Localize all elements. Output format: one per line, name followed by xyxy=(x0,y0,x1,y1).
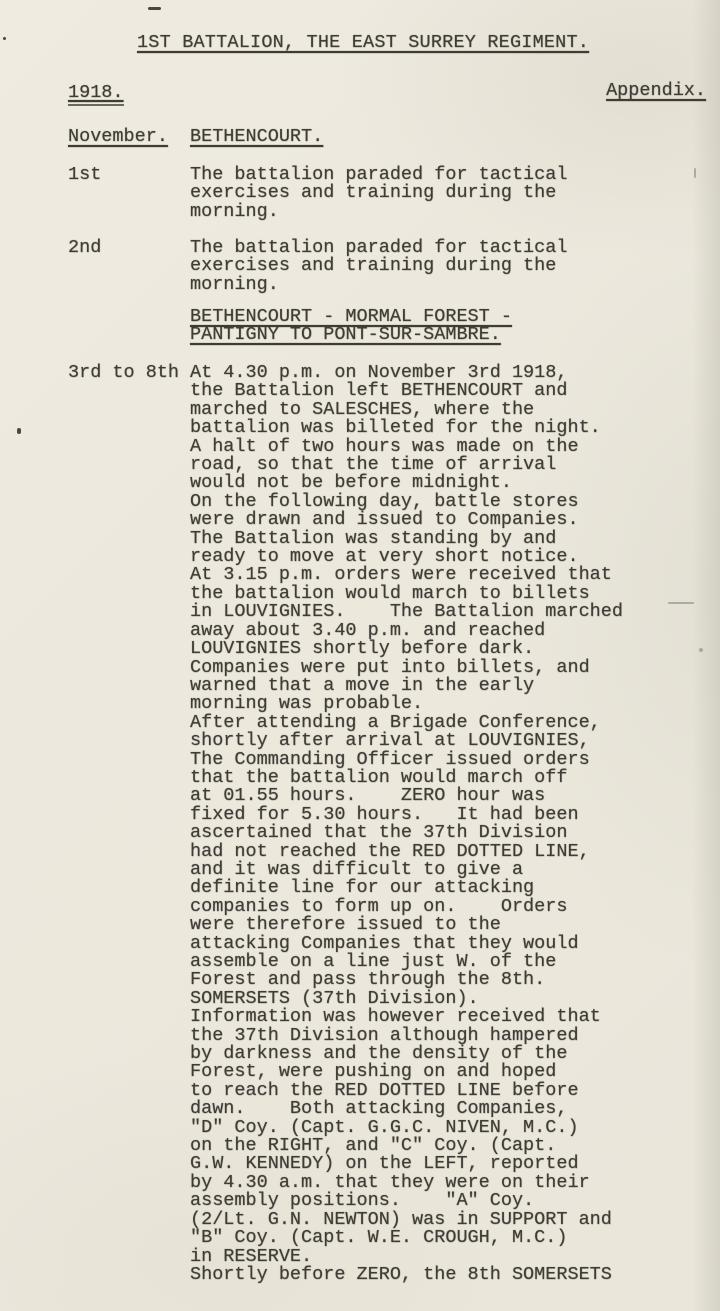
location-heading: BETHENCOURT. xyxy=(190,128,323,146)
month-label: November. xyxy=(68,128,168,146)
year-label: 1918. xyxy=(68,84,124,106)
ink-speck xyxy=(3,37,6,40)
entry-date: 1st xyxy=(68,166,101,184)
entry-text: The battalion paraded for tactical exerc… xyxy=(190,166,567,221)
entry-text: At 4.30 p.m. on November 3rd 1918, the B… xyxy=(190,364,623,1284)
document-page: 1ST BATTALION, THE EAST SURREY REGIMENT.… xyxy=(0,0,720,1311)
entry-date: 2nd xyxy=(68,239,101,257)
ink-speck xyxy=(17,428,21,434)
page-title: 1ST BATTALION, THE EAST SURREY REGIMENT. xyxy=(137,34,589,52)
ink-speck xyxy=(668,602,694,604)
entry-date: 3rd to 8th xyxy=(68,364,179,382)
ink-speck xyxy=(694,168,696,178)
ink-speck xyxy=(699,648,703,652)
section-heading: BETHENCOURT - MORMAL FOREST - PANTIGNY T… xyxy=(190,308,512,345)
entry-text: The battalion paraded for tactical exerc… xyxy=(190,239,567,294)
appendix-label: Appendix. xyxy=(606,80,706,101)
ink-speck xyxy=(148,7,161,10)
